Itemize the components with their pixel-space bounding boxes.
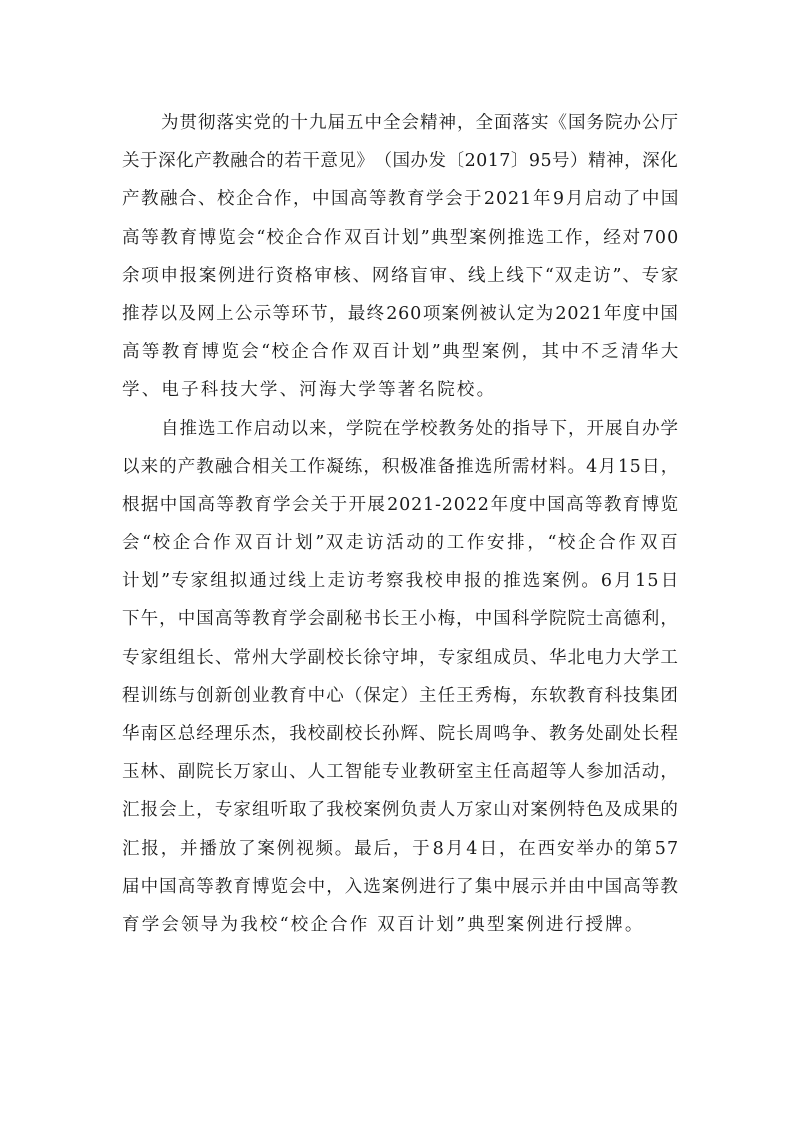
text-line: 汇​ 报​ ，​ 并​ 播​ 放​ 了​ 案​ 例​ 视​ 频​ 。​ 最​ 后… bbox=[122, 830, 678, 868]
paragraph-1: 为​ 贯​ 彻​ 落​ 实​ 党​ 的​ 十​ 九​ 届​ 五​ 中​ 全​ 会… bbox=[122, 104, 678, 410]
text-line: 华​ 南​ 区​ 总​ 经​ 理​ 乐​ 杰​ ，​ 我​ 校​ 副​ 校​ 长… bbox=[122, 715, 678, 753]
text-line: 玉​ 林​ 、​ 副​ 院​ 长​ 万​ 家​ 山​ 、​ 人​ 工​ 智​ 能… bbox=[122, 753, 678, 791]
text-line: 学、电子科技大学、河海大学等著名院校。 bbox=[122, 371, 678, 409]
text-line: 高​ 等​ 教​ 育​ 博​ 览​ 会​ “​ 校​ 企​ 合​ 作​ ​ 双​… bbox=[122, 219, 678, 257]
text-line: 余​ 项​ 申​ 报​ 案​ 例​ 进​ 行​ 资​ 格​ 审​ 核​ 、​ 网… bbox=[122, 257, 678, 295]
text-line: 会​ “​ 校​ 企​ 合​ 作​ ​ 双​ 百​ 计​ 划​ ”​ 双​ 走​… bbox=[122, 524, 678, 562]
text-line: 程​ 训​ 练​ 与​ 创​ 新​ 创​ 业​ 教​ 育​ 中​ 心​ （​ 保… bbox=[122, 677, 678, 715]
document-page: 为​ 贯​ 彻​ 落​ 实​ 党​ 的​ 十​ 九​ 届​ 五​ 中​ 全​ 会… bbox=[122, 104, 678, 944]
text-line: 汇​ 报​ 会​ 上​ ，​ 专​ 家​ 组​ 听​ 取​ 了​ 我​ 校​ 案… bbox=[122, 791, 678, 829]
text-line: 以​ 来​ 的​ 产​ 教​ 融​ 合​ 相​ 关​ 工​ 作​ 凝​ 练​ ，… bbox=[122, 448, 678, 486]
text-line: 产​ 教​ 融​ 合​ 、​ 校​ 企​ 合​ 作​ ，​ 中​ 国​ 高​ 等… bbox=[122, 180, 678, 218]
text-line: 专​ 家​ 组​ 组​ 长​ 、​ 常​ 州​ 大​ 学​ 副​ 校​ 长​ 徐… bbox=[122, 639, 678, 677]
text-line: 关​ 于​ 深​ 化​ 产​ 教​ 融​ 合​ 的​ 若​ 干​ 意​ 见​ 》… bbox=[122, 142, 678, 180]
text-line: 为​ 贯​ 彻​ 落​ 实​ 党​ 的​ 十​ 九​ 届​ 五​ 中​ 全​ 会… bbox=[122, 104, 678, 142]
text-line: 自​ 推​ 选​ 工​ 作​ 启​ 动​ 以​ 来​ ，​ 学​ 院​ 在​ 学… bbox=[122, 410, 678, 448]
paragraph-2: 自​ 推​ 选​ 工​ 作​ 启​ 动​ 以​ 来​ ，​ 学​ 院​ 在​ 学… bbox=[122, 410, 678, 945]
text-line: 下​ 午​ ，​ 中​ 国​ 高​ 等​ 教​ 育​ 学​ 会​ 副​ 秘​ 书… bbox=[122, 600, 678, 638]
text-line: 高​ 等​ 教​ 育​ 博​ 览​ 会​ “​ 校​ 企​ 合​ 作​ ​ 双​… bbox=[122, 333, 678, 371]
text-line: 育学会领导为我校“校企合作 双百计划”典型案例进行授牌。 bbox=[122, 906, 678, 944]
text-line: 推​ 荐​ 以​ 及​ 网​ 上​ 公​ 示​ 等​ 环​ 节​ ，​ 最​ 终… bbox=[122, 295, 678, 333]
text-line: 计​ 划​ ”​ 专​ 家​ 组​ 拟​ 通​ 过​ 线​ 上​ 走​ 访​ 考… bbox=[122, 562, 678, 600]
text-line: 届​ 中​ 国​ 高​ 等​ 教​ 育​ 博​ 览​ 会​ 中​ ，​ 入​ 选… bbox=[122, 868, 678, 906]
text-line: 根​ 据​ 中​ 国​ 高​ 等​ 教​ 育​ 学​ 会​ 关​ 于​ 开​ 展… bbox=[122, 486, 678, 524]
